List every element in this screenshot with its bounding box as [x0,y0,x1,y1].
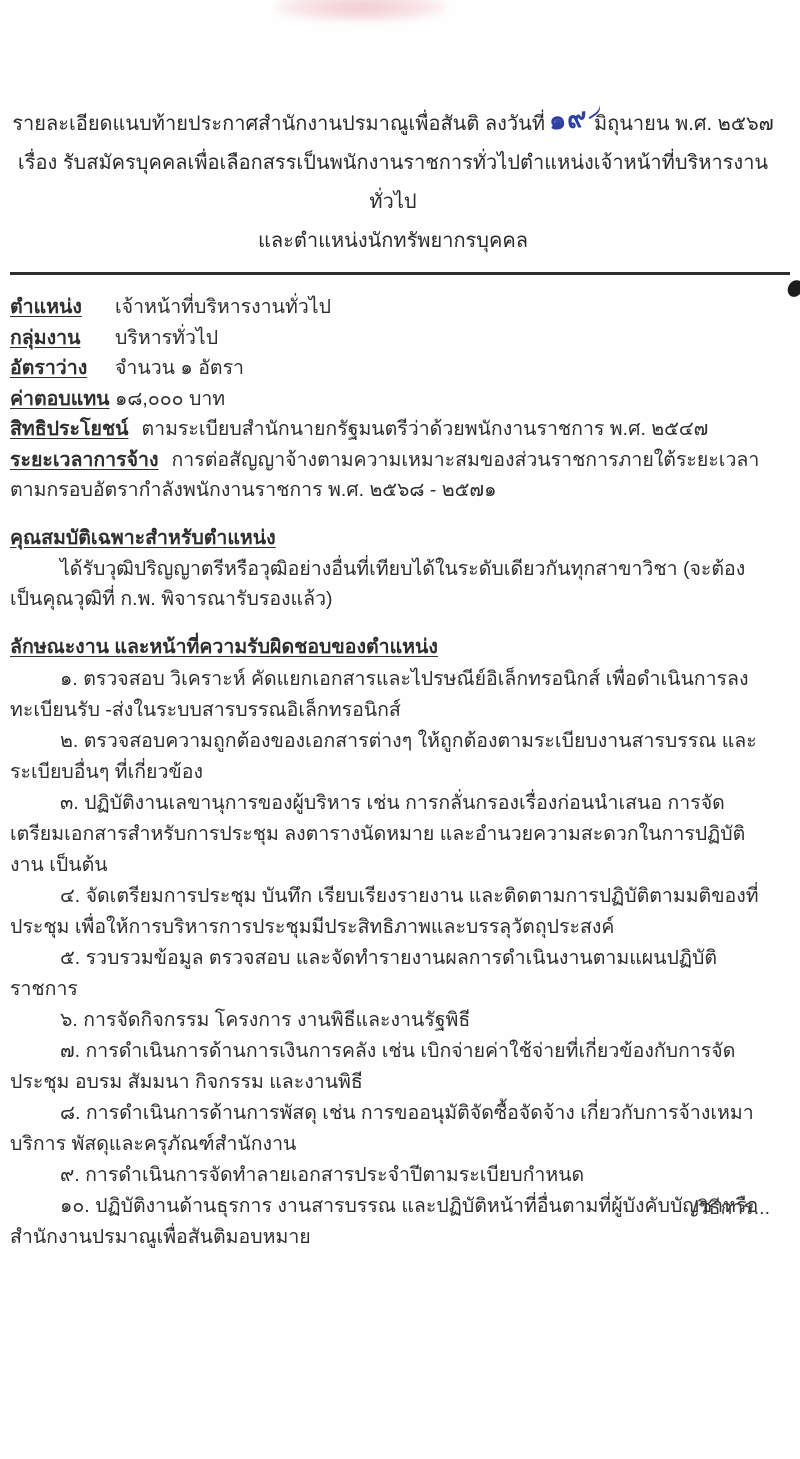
field-vacancy-value: จำนวน ๑ อัตรา [115,353,244,384]
header-line-3: และตำแหน่งนักทรัพยากรบุคคล [10,222,776,261]
field-salary: ค่าตอบแทน ๑๘,๐๐๐ บาท [10,384,776,415]
field-benefits-value: ตามระเบียบสำนักนายกรัฐมนตรีว่าด้วยพนักงา… [141,418,708,440]
field-vacancy-label: อัตราว่าง [10,353,115,384]
header-line-2: เรื่อง รับสมัครบุคคลเพื่อเลือกสรรเป็นพนั… [10,144,776,222]
field-position-value: เจ้าหน้าที่บริหารงานทั่วไป [115,292,331,323]
duty-item-8: ๘. การดำเนินการด้านการพัสดุ เช่น การขออน… [10,1098,776,1160]
field-work-group-label: กลุ่มงาน [10,323,115,354]
section-divider [10,272,790,275]
field-work-group-value: บริหารทั่วไป [115,323,218,354]
field-benefits: สิทธิประโยชน์ตามระเบียบสำนักนายกรัฐมนตรี… [10,414,776,445]
field-employment-period-label: ระยะเวลาการจ้าง [10,449,159,471]
handwritten-date: ๑๙ [547,98,589,140]
qualification-heading: คุณสมบัติเฉพาะสำหรับตำแหน่ง [10,523,776,554]
duty-item-5: ๕. รวบรวมข้อมูล ตรวจสอบ และจัดทำรายงานผล… [10,943,776,1005]
field-vacancy: อัตราว่าง จำนวน ๑ อัตรา [10,353,776,384]
field-work-group: กลุ่มงาน บริหารทั่วไป [10,323,776,354]
duty-item-1: ๑. ตรวจสอบ วิเคราะห์ คัดแยกเอกสารและไปรษ… [10,664,776,726]
field-salary-label: ค่าตอบแทน [10,384,115,415]
page-continuation-mark: /วิธีการ... [692,1192,770,1223]
document-page: รายละเอียดแนบท้ายประกาศสำนักงานปรมาณูเพื… [0,0,800,1459]
duties-heading: ลักษณะงาน และหน้าที่ความรับผิดชอบของตำแห… [10,632,776,663]
stamp-bleedthrough-mark [276,0,446,22]
duty-item-2: ๒. ตรวจสอบความถูกต้องของเอกสารต่างๆ ให้ถ… [10,726,776,788]
duty-item-10: ๑๐. ปฏิบัติงานด้านธุรการ งานสารบรรณ และป… [10,1191,776,1253]
document-header: รายละเอียดแนบท้ายประกาศสำนักงานปรมาณูเพื… [10,102,776,261]
header-line-1: รายละเอียดแนบท้ายประกาศสำนักงานปรมาณูเพื… [10,102,776,144]
duty-item-3: ๓. ปฏิบัติงานเลขานุการของผู้บริหาร เช่น … [10,788,776,881]
duty-item-6: ๖. การจัดกิจกรรม โครงการ งานพิธีและงานรั… [10,1005,776,1036]
duty-item-7: ๗. การดำเนินการด้านการเงินการคลัง เช่น เ… [10,1036,776,1098]
field-employment-period: ระยะเวลาการจ้างการต่อสัญญาจ้างตามความเหม… [10,445,776,506]
field-salary-value: ๑๘,๐๐๐ บาท [115,384,225,415]
qualification-body: ได้รับวุฒิปริญญาตรีหรือวุฒิอย่างอื่นที่เ… [10,554,776,615]
duty-item-9: ๙. การดำเนินการจัดทำลายเอกสารประจำปีตามร… [10,1160,776,1191]
field-benefits-label: สิทธิประโยชน์ [10,418,128,440]
duty-item-4: ๔. จัดเตรียมการประชุม บันทึก เรียบเรียงร… [10,881,776,943]
position-details: ตำแหน่ง เจ้าหน้าที่บริหารงานทั่วไป กลุ่ม… [10,292,776,506]
header-line1-suffix: มิถุนายน พ.ศ. ๒๕๖๗ [594,113,774,135]
header-line1-prefix: รายละเอียดแนบท้ายประกาศสำนักงานปรมาณูเพื… [12,113,545,135]
field-position: ตำแหน่ง เจ้าหน้าที่บริหารงานทั่วไป [10,292,776,323]
duties-list: ๑. ตรวจสอบ วิเคราะห์ คัดแยกเอกสารและไปรษ… [10,664,776,1253]
field-position-label: ตำแหน่ง [10,292,115,323]
ink-blob-artifact [786,279,800,299]
